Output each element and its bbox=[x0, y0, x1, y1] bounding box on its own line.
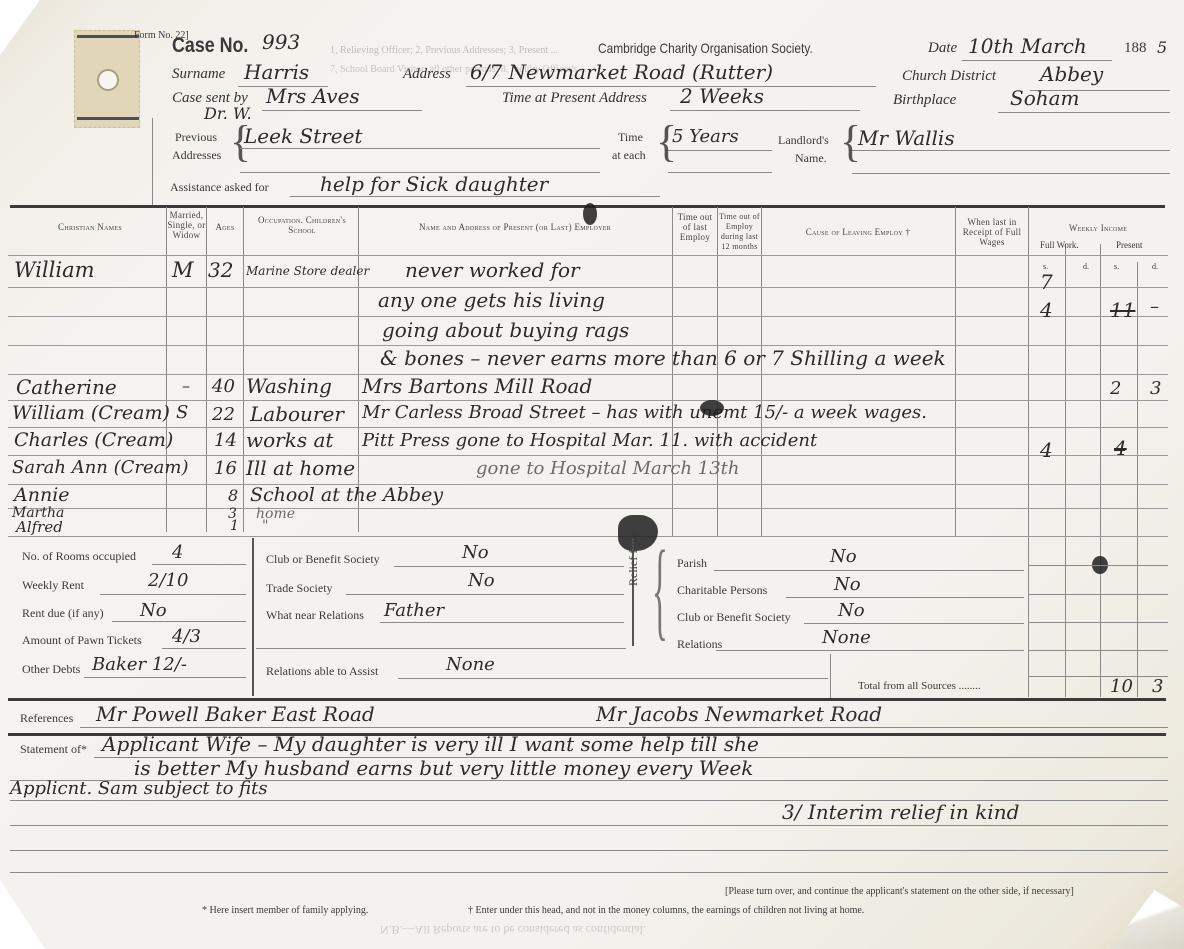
cell-employer: & bones – never earns more than 6 or 7 S… bbox=[380, 346, 946, 370]
cell-pres-s: 4 bbox=[1114, 436, 1127, 460]
relief-club-value: No bbox=[838, 600, 865, 621]
trade-society-label: Trade Society bbox=[266, 581, 333, 596]
cell-age: 16 bbox=[214, 458, 237, 479]
prev-address-value: Leek Street bbox=[244, 124, 362, 148]
col-weekly-income: Weekly Income bbox=[1030, 223, 1166, 233]
club-society-value: No bbox=[462, 542, 489, 563]
parish-label: Parish bbox=[677, 556, 707, 571]
cell-employer: Mr Carless Broad Street – has with unemt… bbox=[362, 402, 927, 423]
col-full-work: Full Work. bbox=[1040, 240, 1079, 250]
bleed-through-text: N.B.—All Reports are to be considered as… bbox=[380, 922, 646, 937]
cell-age: 32 bbox=[208, 258, 233, 282]
turn-over-note: [Please turn over, and continue the appl… bbox=[725, 886, 1074, 897]
relations-assist-value: None bbox=[446, 654, 495, 675]
prev-address-label-2: Addresses bbox=[172, 148, 221, 163]
cell-name: Alfred bbox=[16, 518, 63, 536]
other-debts-value: Baker 12/- bbox=[92, 654, 187, 675]
weekly-rent-label: Weekly Rent bbox=[22, 578, 84, 593]
col-time-out-last: Time out of last Employ bbox=[673, 212, 717, 242]
total-s-value: 10 bbox=[1110, 676, 1133, 697]
date-value: 10th March bbox=[968, 34, 1087, 58]
cell-age: 40 bbox=[212, 376, 235, 397]
cell-employer: never worked for bbox=[405, 258, 580, 282]
society-name: Cambridge Charity Organisation Society. bbox=[598, 40, 813, 56]
time-present-value: 2 Weeks bbox=[680, 84, 764, 108]
footnote-star: * Here insert member of family applying. bbox=[202, 905, 368, 916]
prev-address-label-1: Previous bbox=[175, 130, 217, 145]
time-present-label: Time at Present Address bbox=[502, 90, 647, 107]
cell-employer: any one gets his living bbox=[378, 288, 605, 312]
col-present: Present bbox=[1116, 240, 1143, 250]
postage-stamp bbox=[74, 30, 140, 128]
other-debts-label: Other Debts bbox=[22, 662, 80, 677]
cell-age: 22 bbox=[212, 404, 235, 425]
cell-employer: Mrs Bartons Mill Road bbox=[362, 374, 592, 398]
trade-society-value: No bbox=[468, 570, 495, 591]
case-form-paper: Form No. 22] 1, Relieving Officer; 2, Pr… bbox=[0, 0, 1184, 949]
case-no-value: 993 bbox=[262, 30, 300, 54]
club-society-label: Club or Benefit Society bbox=[266, 552, 380, 567]
col-christian-names: Christian Names bbox=[20, 222, 160, 232]
cell-age: 14 bbox=[214, 430, 237, 451]
cell-occupation: works at bbox=[246, 428, 333, 452]
cell-pres-d: – bbox=[1150, 296, 1159, 317]
cell-full-s: 7 bbox=[1040, 270, 1053, 294]
weekly-rent-value: 2/10 bbox=[148, 570, 188, 591]
reference-2: Mr Jacobs Newmarket Road bbox=[596, 702, 882, 726]
cell-employer: going about buying rags bbox=[382, 318, 629, 342]
statement-label: Statement of* bbox=[20, 742, 87, 757]
pawn-tickets-label: Amount of Pawn Tickets bbox=[22, 633, 142, 648]
cell-occupation: Ill at home bbox=[246, 456, 355, 480]
date-label: Date bbox=[928, 40, 957, 57]
year-hand: 5 bbox=[1157, 38, 1167, 57]
faint-printed-text: 1, Relieving Officer; 2, Previous Addres… bbox=[330, 45, 558, 56]
ink-blot bbox=[700, 400, 724, 416]
landlord-label-2: Name. bbox=[795, 151, 827, 166]
rent-due-label: Rent due (if any) bbox=[22, 606, 104, 621]
case-no-label: Case No. bbox=[172, 34, 248, 58]
col-present-d: d. bbox=[1152, 262, 1158, 271]
col-marital-status: Married, Single, or Widow bbox=[167, 210, 206, 240]
cell-name: William (Cream) bbox=[12, 402, 170, 424]
rooms-label: No. of Rooms occupied bbox=[22, 549, 136, 564]
cell-occupation: " bbox=[262, 518, 268, 534]
cell-occupation: School at the Abbey bbox=[250, 484, 443, 506]
charitable-label: Charitable Persons bbox=[677, 583, 767, 598]
col-time-out-12mo: Time out of Employ during last 12 months bbox=[718, 212, 761, 252]
pawn-tickets-value: 4/3 bbox=[172, 626, 201, 647]
cell-age: 1 bbox=[230, 518, 239, 534]
charitable-value: No bbox=[834, 574, 861, 595]
col-cause-leaving: Cause of Leaving Employ † bbox=[765, 227, 951, 237]
cell-name: William bbox=[14, 258, 95, 282]
time-each-label-2: at each bbox=[612, 148, 646, 163]
cell-full-s: 4 bbox=[1040, 438, 1053, 462]
cell-name: Annie bbox=[14, 484, 70, 506]
rooms-value: 4 bbox=[172, 542, 183, 563]
cell-full-s: 4 bbox=[1040, 298, 1053, 322]
stamp-hole-icon bbox=[97, 69, 119, 91]
cell-occupation: Washing bbox=[246, 374, 332, 398]
cell-age: 8 bbox=[228, 486, 238, 505]
rent-due-value: No bbox=[140, 600, 167, 621]
cell-status: M bbox=[172, 258, 194, 282]
col-ages: Ages bbox=[207, 222, 243, 232]
relations-assist-label: Relations able to Assist bbox=[266, 664, 378, 679]
near-relations-value: Father bbox=[384, 600, 444, 621]
birthplace-label: Birthplace bbox=[893, 92, 956, 109]
near-relations-label: What near Relations bbox=[266, 608, 364, 623]
year-printed: 188 bbox=[1124, 40, 1147, 57]
assistance-label: Assistance asked for bbox=[170, 180, 269, 195]
church-district-value: Abbey bbox=[1040, 62, 1103, 86]
cell-occupation: Marine Store dealer bbox=[246, 264, 369, 278]
footnote-dagger: † Enter under this head, and not in the … bbox=[468, 905, 864, 916]
statement-line-2: is better My husband earns but very litt… bbox=[134, 756, 753, 780]
torn-corner bbox=[1110, 890, 1184, 949]
cell-name: Charles (Cream) bbox=[14, 429, 173, 451]
surname-label: Surname bbox=[172, 66, 225, 83]
relief-relations-value: None bbox=[822, 627, 871, 648]
time-each-value: 5 Years bbox=[672, 126, 739, 147]
cell-name: Catherine bbox=[16, 375, 117, 399]
landlord-label-1: Landlord's bbox=[778, 133, 829, 148]
landlord-value: Mr Wallis bbox=[858, 126, 955, 150]
relief-club-label: Club or Benefit Society bbox=[677, 610, 791, 625]
time-each-label-1: Time bbox=[618, 130, 643, 145]
assistance-value: help for Sick daughter bbox=[320, 172, 548, 196]
parish-value: No bbox=[830, 546, 857, 567]
col-full-d: d. bbox=[1083, 262, 1089, 271]
total-sources-label: Total from all Sources ........ bbox=[858, 680, 981, 692]
col-employer: Name and Address of Present (or Last) Em… bbox=[362, 222, 668, 232]
cell-employer: Pitt Press gone to Hospital Mar. 11. wit… bbox=[362, 430, 817, 451]
reference-1: Mr Powell Baker East Road bbox=[96, 702, 375, 726]
cell-pres-s: 11 bbox=[1110, 298, 1135, 322]
church-district-label: Church District bbox=[902, 68, 996, 85]
col-full-wages: When last in Receipt of Full Wages bbox=[958, 217, 1026, 247]
cell-name: Sarah Ann (Cream) bbox=[12, 457, 189, 478]
cell-occupation: Labourer bbox=[250, 402, 344, 426]
references-label: References bbox=[20, 711, 73, 726]
col-occupation: Occupation. Children's School bbox=[250, 215, 354, 235]
address-value: 6/7 Newmarket Road (Rutter) bbox=[470, 60, 773, 84]
cell-status: S bbox=[176, 402, 188, 423]
ink-blot bbox=[583, 203, 597, 225]
surname-value: Harris bbox=[244, 60, 309, 84]
cell-employer: gone to Hospital March 13th bbox=[476, 458, 740, 479]
total-d-value: 3 bbox=[1152, 676, 1163, 697]
statement-line-3: Applicnt. Sam subject to fits bbox=[10, 778, 268, 799]
brace-icon: { bbox=[652, 534, 668, 644]
statement-line-1: Applicant Wife – My daughter is very ill… bbox=[102, 732, 759, 756]
birthplace-value: Soham bbox=[1010, 86, 1080, 110]
cell-pres-d: 3 bbox=[1150, 378, 1161, 399]
col-present-s: s. bbox=[1114, 262, 1119, 271]
cell-status: – bbox=[182, 376, 190, 395]
address-label: Address bbox=[403, 66, 451, 83]
case-sent-value: Mrs Aves bbox=[266, 84, 360, 108]
statement-note: 3/ Interim relief in kind bbox=[782, 800, 1019, 824]
cell-pres-s: 2 bbox=[1110, 378, 1121, 399]
relief-from-label: Relief from bbox=[626, 530, 641, 586]
